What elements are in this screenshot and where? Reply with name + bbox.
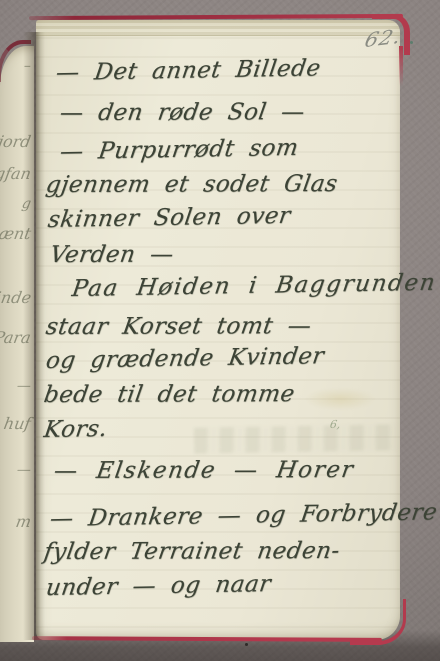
handwritten-line: — Det annet Billede [54, 57, 322, 85]
handwritten-line: gjennem et sodet Glas [44, 173, 339, 197]
handwritten-line: Verden — [48, 244, 175, 267]
stray-ink-mark: 6, [329, 418, 341, 431]
notebook-page: 62. — Det annet Billede — den røde Sol —… [36, 20, 400, 640]
ink-bleed-ghost [194, 424, 398, 454]
handwritten-line: — den røde Sol — [58, 101, 306, 125]
handwritten-line: staar Korset tomt — [44, 315, 313, 339]
handwritten-line: skinner Solen over [46, 205, 292, 232]
handwritten-line: fylder Terrainet neden- [42, 540, 341, 564]
handwritten-line: — Drankere — og Forbrydere [48, 501, 438, 531]
handwritten-line: og grædende Kvinder [44, 345, 325, 373]
handwritten-line: — Purpurrødt som [58, 137, 300, 164]
red-page-edge-top-right-corner [372, 14, 410, 55]
dust-speck [245, 643, 248, 646]
dust-speck [410, 41, 413, 44]
paper-smudge [304, 388, 376, 410]
handwritten-line: Kors. [42, 418, 108, 442]
handwritten-line: Paa Høiden i Baggrunden [70, 272, 437, 301]
handwritten-line: under — og naar [44, 573, 272, 600]
notebook-photograph: – gjord gfan g lænt inde Para — huf — m … [0, 0, 440, 661]
handwritten-line: bede til det tomme [42, 383, 296, 407]
handwritten-line: — Elskende — Horer [52, 459, 356, 483]
gutter-shadow [23, 32, 45, 640]
